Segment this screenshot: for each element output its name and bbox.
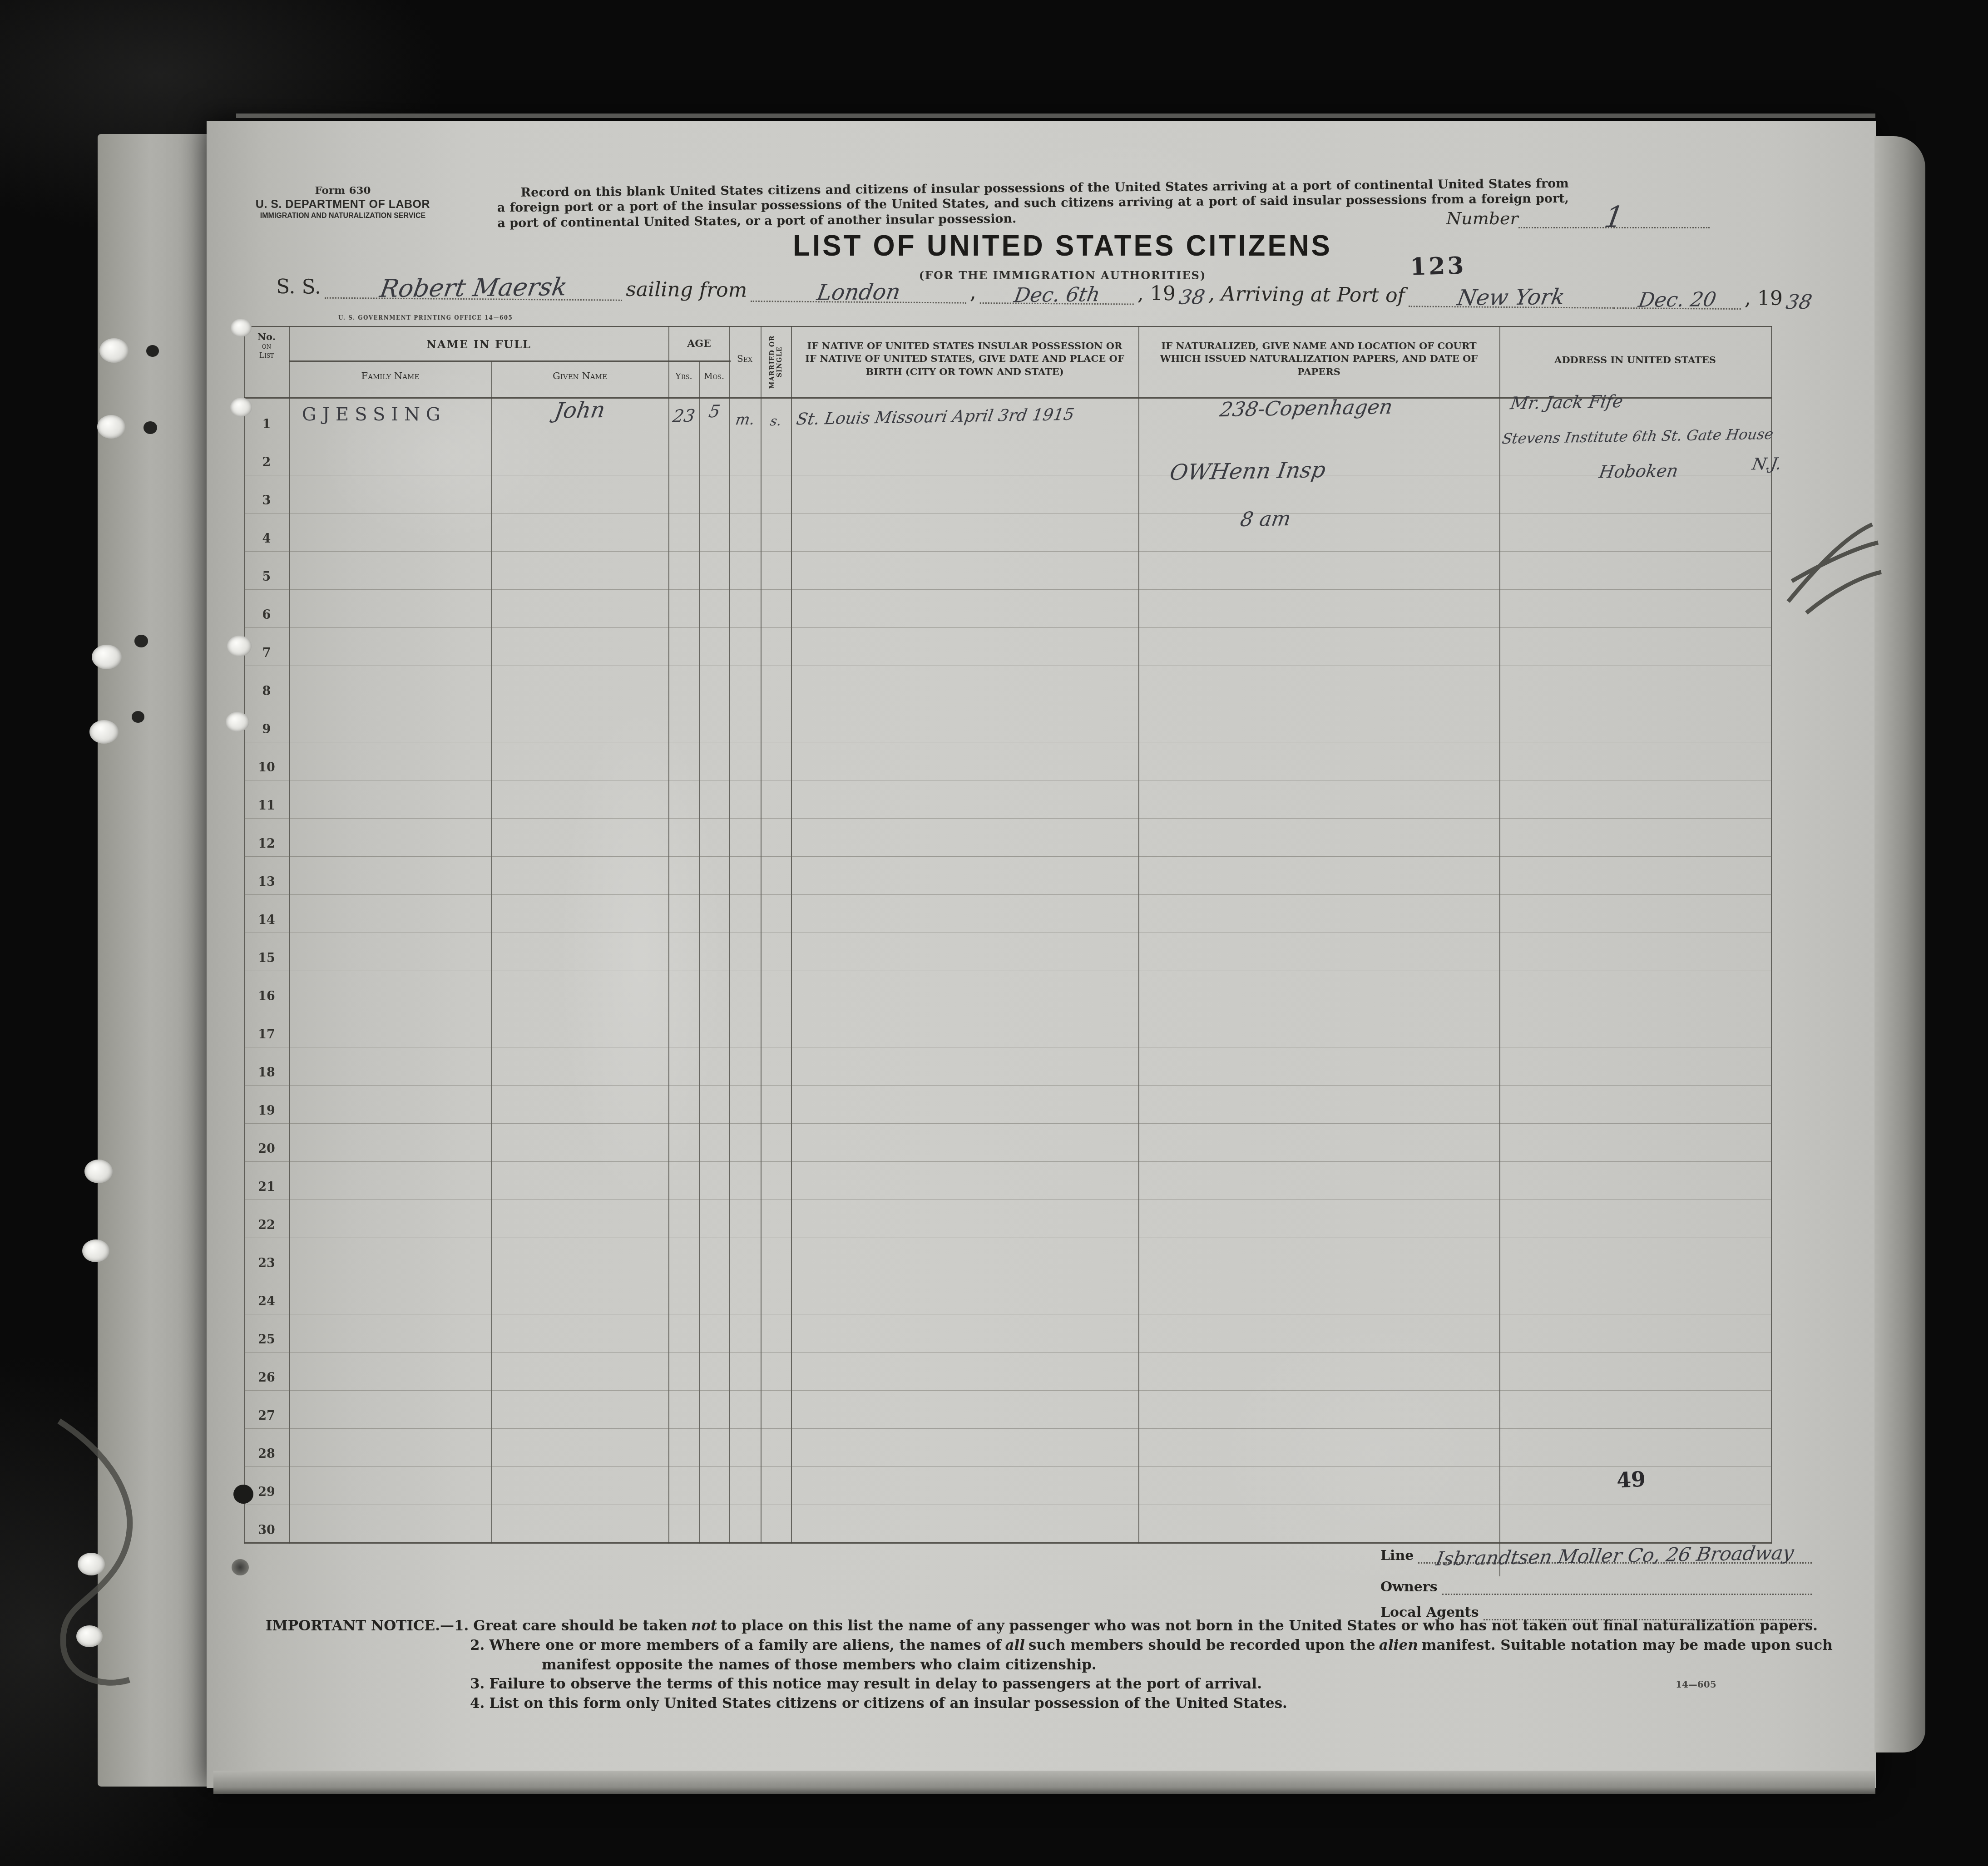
year-prefix-2: , 19 (1741, 286, 1786, 310)
table-row: 3 (244, 475, 1772, 513)
number-dotted-line: 1 (1518, 201, 1710, 228)
table-row: 15 (244, 933, 1772, 971)
filled-punch-dot (233, 1485, 253, 1504)
number-label: Number (1446, 208, 1518, 228)
entry-address-line1: Mr. Jack Fife (1509, 391, 1624, 413)
table-row: 30 (244, 1505, 1772, 1543)
entry-naturalization: 238-Copenhagen (1218, 395, 1394, 422)
arrival-date-field: Dec. 20 (1614, 288, 1741, 310)
sailing-year-handwritten: 38 (1177, 286, 1207, 309)
scan-background: Form 630 U. S. DEPARTMENT OF LABOR IMMIG… (0, 0, 1988, 1866)
row-number: 6 (244, 608, 289, 622)
table-row: 14 (244, 894, 1772, 933)
sailing-date-handwritten: Dec. 6th (1012, 283, 1102, 307)
table-row: 28 (244, 1428, 1772, 1467)
row-number: 21 (244, 1180, 289, 1194)
table-row: 24 (244, 1276, 1772, 1314)
row-number: 18 (244, 1066, 289, 1080)
arrival-year-handwritten: 38 (1785, 291, 1814, 314)
punch-hole (231, 319, 252, 337)
row-number: 2 (244, 455, 289, 469)
owners-dotted (1442, 1594, 1812, 1595)
row-number: 23 (244, 1256, 289, 1270)
important-notice: IMPORTANT NOTICE.—1.Great care should be… (266, 1616, 1819, 1713)
print-code: 14—605 (1676, 1679, 1716, 1690)
row-number: 19 (244, 1104, 289, 1118)
table-row: 23 (244, 1238, 1772, 1276)
entry-given-name: John (494, 396, 666, 425)
notice-line-2: 2.Where one or more members of a family … (470, 1636, 1819, 1655)
row-number: 5 (244, 570, 289, 584)
header-birth: IF NATIVE OF UNITED STATES INSULAR POSSE… (800, 340, 1129, 378)
row-number: 30 (244, 1523, 289, 1537)
punch-hole (78, 1553, 105, 1575)
page-title: LIST OF UNITED STATES CITIZENS (672, 229, 1453, 263)
arrival-port-handwritten: New York (1455, 284, 1567, 311)
header-no-line2: on (244, 342, 289, 351)
punch-hole (227, 636, 252, 657)
table-row: 29 (244, 1466, 1772, 1505)
row-number: 17 (244, 1027, 289, 1042)
header-family-name: Family Name (289, 370, 491, 381)
notice-heading: IMPORTANT NOTICE.— (266, 1618, 454, 1634)
punch-hole (89, 720, 119, 744)
punch-hole (97, 415, 125, 439)
header-naturalized: IF NATURALIZED, GIVE NAME AND LOCATION O… (1152, 340, 1486, 378)
owners-field: Owners (1380, 1579, 1812, 1595)
ink-dot (134, 635, 148, 647)
header-sex: Sex (729, 353, 761, 364)
table-row: 25 (244, 1314, 1772, 1353)
sailing-port-handwritten: London (815, 279, 902, 306)
row-number: 27 (244, 1409, 289, 1423)
sailing-port-field: London (751, 279, 966, 304)
line-dotted: Isbrandtsen Moller Co, 26 Broadway (1418, 1545, 1812, 1564)
table-row: 18 (244, 1047, 1772, 1086)
row-number: 16 (244, 989, 289, 1003)
entry-address-line3: Hoboken (1597, 460, 1680, 482)
ink-dot (143, 421, 157, 434)
service-name: IMMIGRATION AND NATURALIZATION SERVICE (236, 212, 450, 221)
row-number: 25 (244, 1333, 289, 1347)
table-row: 17 (244, 1009, 1772, 1047)
line-field: Line Isbrandtsen Moller Co, 26 Broadway (1380, 1545, 1812, 1564)
row-number: 28 (244, 1447, 289, 1461)
table-row: 27 (244, 1390, 1772, 1429)
table-row: 26 (244, 1352, 1772, 1391)
pen-scribble-left (32, 1403, 204, 1703)
row-number: 20 (244, 1142, 289, 1156)
notice-line-3: 3.Failure to observe the terms of this n… (470, 1674, 1819, 1694)
page-stamp-123: 123 (1409, 252, 1466, 281)
form-identification: Form 630 U. S. DEPARTMENT OF LABOR IMMIG… (236, 184, 450, 221)
punch-hole (84, 1160, 113, 1183)
notice-line-1: IMPORTANT NOTICE.—1.Great care should be… (266, 1616, 1819, 1636)
right-page-edge (1874, 136, 1925, 1752)
punch-hole (82, 1239, 109, 1262)
ink-dot (132, 711, 144, 723)
row-number: 8 (244, 684, 289, 698)
notice-line-4: 4.List on this form only United States c… (470, 1694, 1819, 1713)
entry-family-name: GJESSING (302, 404, 446, 425)
row-number: 26 (244, 1371, 289, 1385)
row-number: 12 (244, 837, 289, 851)
punch-hole (230, 398, 252, 417)
sheet-stamp-49: 49 (1616, 1466, 1647, 1492)
header-name-in-full: NAME IN FULL (289, 338, 668, 351)
entry-address-line3b: N.J. (1751, 454, 1783, 474)
row-number: 9 (244, 722, 289, 736)
table-row: 13 (244, 856, 1772, 895)
table-row: 10 (244, 742, 1772, 780)
arriving-label: , Arriving at Port of (1205, 282, 1409, 307)
comma: , (966, 281, 980, 304)
arrival-port-field: New York (1409, 284, 1614, 309)
entry-inspector-time: 8 am (1239, 507, 1292, 531)
ship-name-handwritten: Robert Maersk (378, 272, 569, 303)
pen-scribble-right (1779, 504, 1888, 622)
printing-office-note: U. S. GOVERNMENT PRINTING OFFICE 14—605 (338, 315, 513, 321)
entry-inspector-note: OWHenn Insp (1168, 457, 1327, 485)
table-row: 9 (244, 704, 1772, 742)
punch-hole (226, 712, 249, 732)
row-number: 14 (244, 913, 289, 927)
row-number: 1 (244, 417, 289, 431)
table-row: 12 (244, 818, 1772, 857)
header-yrs: Yrs. (668, 371, 699, 381)
passenger-table: No. on List NAME IN FULL Family Name Giv… (244, 326, 1772, 1544)
row-number: 10 (244, 760, 289, 775)
notice-line-2-wrap: manifest opposite the names of those mem… (542, 1655, 1819, 1675)
header-married-or-single: MARRIED OR SINGLE (761, 329, 791, 395)
top-page-edge (236, 114, 1875, 118)
table-row: 7 (244, 627, 1772, 666)
row-number: 13 (244, 875, 289, 889)
entry-age-yrs: 23 (666, 405, 702, 426)
gray-punch-dot (232, 1559, 249, 1575)
entry-sex: m. (727, 410, 763, 428)
form-number: Form 630 (236, 184, 450, 197)
table-row: 22 (244, 1200, 1772, 1238)
table-row: 8 (244, 666, 1772, 704)
table-row: 5 (244, 551, 1772, 590)
department-name: U. S. DEPARTMENT OF LABOR (236, 197, 450, 212)
header-no-on-list: No. on List (244, 331, 289, 360)
row-number: 24 (244, 1294, 289, 1308)
year-prefix: , 19 (1134, 282, 1179, 306)
row-number: 3 (244, 494, 289, 508)
table-top-rule (244, 326, 1772, 327)
table-row: 19 (244, 1085, 1772, 1124)
subheader-rule (289, 360, 731, 362)
table-row: 20 (244, 1123, 1772, 1162)
sheet-number-field: Number 1 (1446, 201, 1710, 228)
table-row: 6 (244, 589, 1772, 628)
header-address: ADDRESS IN UNITED STATES (1499, 354, 1771, 365)
punch-hole (99, 338, 129, 363)
punch-hole (92, 645, 122, 669)
row-number: 22 (244, 1218, 289, 1232)
ship-name-field: Robert Maersk (325, 272, 623, 301)
header-given-name: Given Name (491, 370, 668, 381)
table-row: 16 (244, 971, 1772, 1009)
header-age: AGE (668, 338, 730, 350)
form-instructions: Record on this blank United States citiz… (497, 176, 1569, 231)
owners-label: Owners (1380, 1579, 1442, 1595)
table-row: 21 (244, 1161, 1772, 1200)
ss-label: S. S. (272, 275, 325, 299)
punch-hole (76, 1625, 103, 1647)
header-mos: Mos. (699, 371, 729, 381)
ink-dot (146, 345, 159, 357)
header-no-line1: No. (244, 331, 289, 342)
sailing-date-field: Dec. 6th (980, 283, 1134, 305)
header-no-line3: List (244, 351, 289, 360)
table-row: 11 (244, 780, 1772, 819)
sailing-from-label: sailing from (622, 278, 751, 302)
table-row: 4 (244, 513, 1772, 552)
arrival-date-handwritten: Dec. 20 (1637, 288, 1718, 312)
entry-married-or-single: s. (759, 413, 792, 429)
row-number: 11 (244, 799, 289, 813)
entry-age-mos: 5 (697, 401, 731, 421)
bottom-page-edge (213, 1771, 1875, 1794)
row-number: 4 (244, 532, 289, 546)
line-label: Line (1380, 1548, 1418, 1564)
row-number: 15 (244, 951, 289, 965)
